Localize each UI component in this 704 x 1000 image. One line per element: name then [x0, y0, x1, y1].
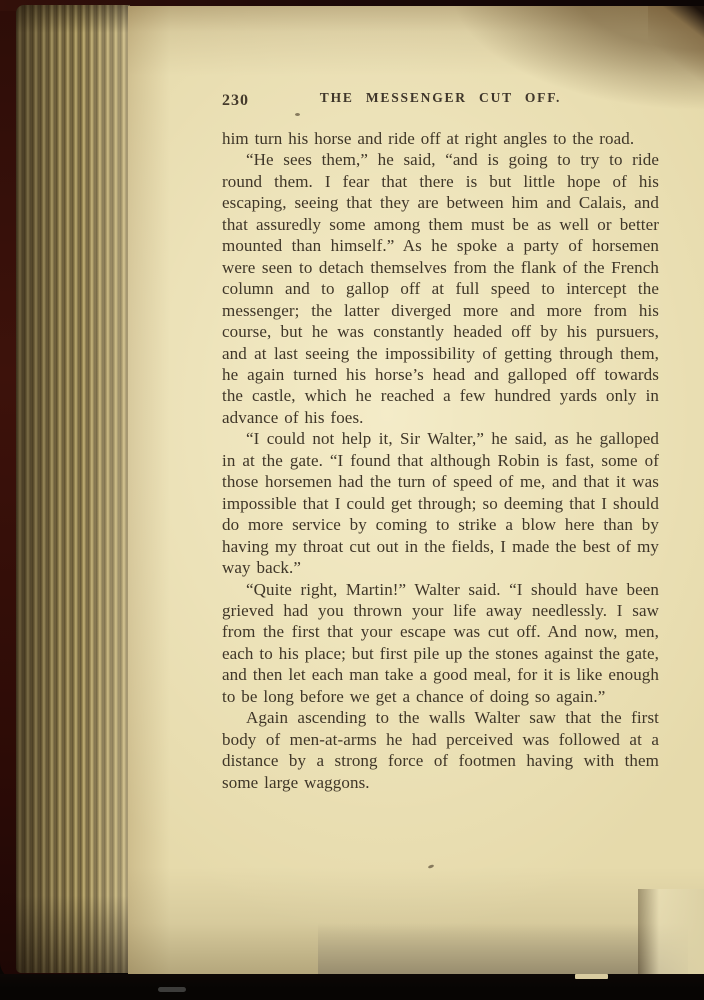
table-surface [0, 974, 704, 1000]
surface-highlight [158, 987, 186, 992]
page-fore-edges [16, 5, 130, 973]
page-top-right-corner [648, 6, 704, 90]
paragraph: “I could not help it, Sir Walter,” he sa… [222, 428, 659, 578]
book-page-photo: 230 THE MESSENGER CUT OFF. him turn his … [0, 0, 704, 1000]
paragraph: Again ascending to the walls Walter saw … [222, 707, 659, 793]
body-text: him turn his horse and ride off at right… [222, 128, 659, 793]
running-title: THE MESSENGER CUT OFF. [222, 90, 659, 106]
page-number: 230 [222, 92, 249, 110]
page-bottom-right-edge [638, 889, 704, 975]
paragraph: “Quite right, Martin!” Walter said. “I s… [222, 579, 659, 708]
book-page: 230 THE MESSENGER CUT OFF. him turn his … [128, 6, 704, 975]
page-edge-glint [575, 974, 608, 979]
paper-speck [295, 113, 300, 116]
page-header: 230 THE MESSENGER CUT OFF. [222, 90, 659, 114]
paragraph: “He sees them,” he said, “and is going t… [222, 149, 659, 428]
paragraph: him turn his horse and ride off at right… [222, 128, 659, 149]
page-bottom-shadow [318, 923, 688, 975]
paper-speck [428, 864, 435, 869]
